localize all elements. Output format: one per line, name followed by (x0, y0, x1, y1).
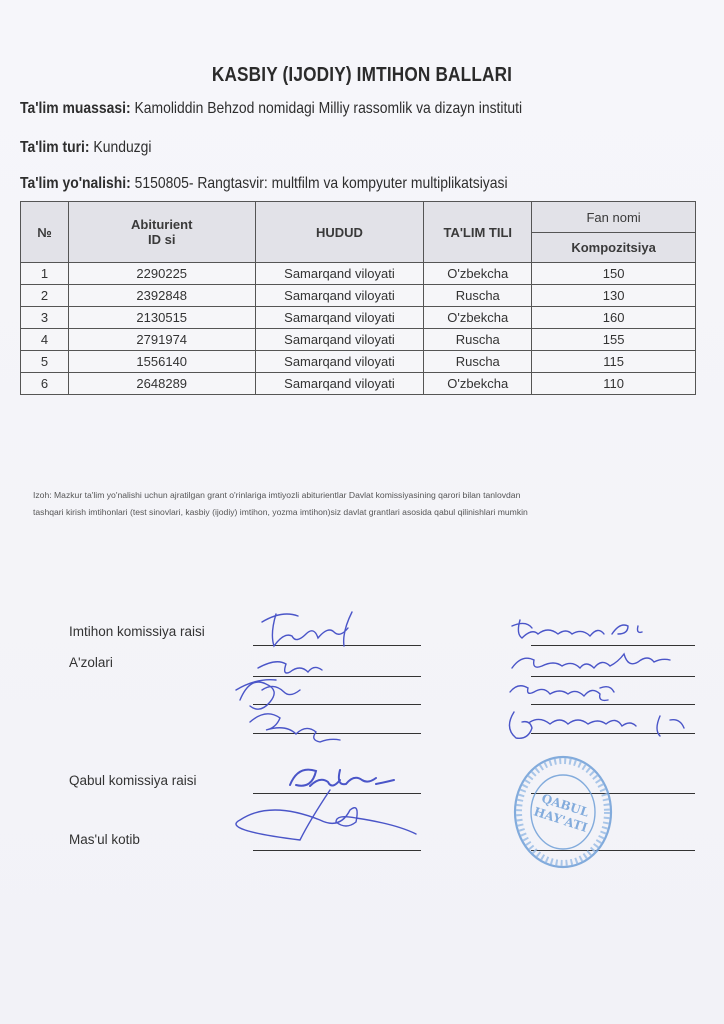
signature-admission-chair (290, 770, 394, 786)
signature-member-3 (250, 714, 340, 742)
signatures-and-stamp: QABUL HAY'ATI (0, 0, 724, 1024)
signature-secretary (236, 790, 416, 840)
signature-ink (236, 612, 684, 840)
signature-member-2 (240, 682, 300, 709)
handwritten-name-2 (512, 654, 670, 668)
handwritten-name-4 (509, 712, 684, 738)
handwritten-name-1 (512, 620, 642, 638)
handwritten-name-3 (510, 686, 614, 701)
signature-exam-chair (262, 612, 352, 646)
document-page: KASBIY (IJODIY) IMTIHON BALLARI Ta'lim m… (0, 0, 724, 1024)
stamp-qabul-hayati: QABUL HAY'ATI (515, 757, 611, 867)
